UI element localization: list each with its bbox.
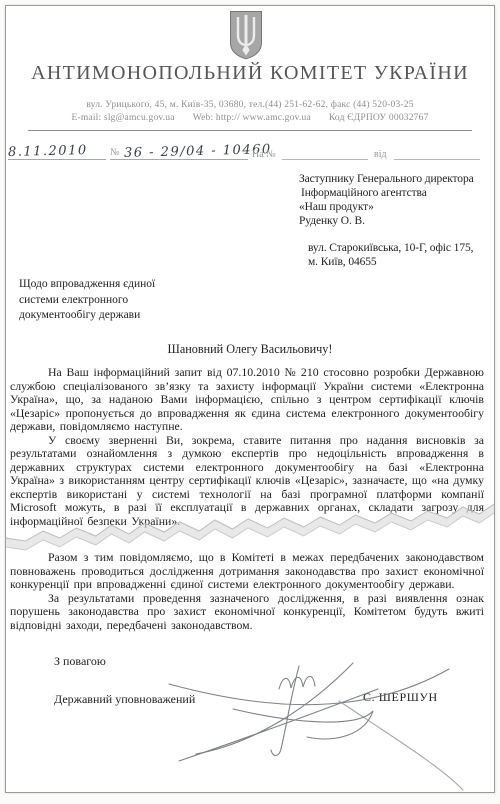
subject-line: системи електронного xyxy=(19,293,155,309)
recipient-line: Заступнику Генерального директора xyxy=(299,172,474,186)
recipient-line: Інформаційного агентства xyxy=(301,186,474,200)
recipient-address: вул. Старокиївська, 10-Г, офіс 175, м. К… xyxy=(308,241,474,269)
number-sign-label: № xyxy=(110,147,120,158)
body-text-upper: На Ваш інформаційний запит від 07.10.201… xyxy=(10,366,484,528)
recipient-address-line: вул. Старокиївська, 10-Г, офіс 175, xyxy=(308,241,474,255)
organization-title: АНТИМОНОПОЛЬНИЙ КОМІТЕТ УКРАЇНИ xyxy=(6,62,494,85)
recipient-block: Заступнику Генерального директора Інформ… xyxy=(299,172,474,269)
letterhead-web: Web: http:// www.amc.gov.ua xyxy=(193,113,311,123)
body-paragraph: На Ваш інформаційний запит від 07.10.201… xyxy=(10,366,484,434)
handwritten-number: 36 - 29/04 - 10460 xyxy=(123,142,271,161)
closing-regards: З повагою xyxy=(54,654,106,669)
ukraine-trident-emblem-icon xyxy=(229,10,263,60)
subject-block: Щодо впровадження єдиної системи електро… xyxy=(19,277,155,324)
reference-line: 8.11.2010 №36 - 29/04 - 10460 На № від xyxy=(6,142,494,162)
incoming-number-blank xyxy=(282,147,368,160)
scanned-letter-screenshot: АНТИМОНОПОЛЬНИЙ КОМІТЕТ УКРАЇНИ вул. Ури… xyxy=(0,0,500,804)
body-paragraph: Разом з тим повідомляємо, що в Комітеті … xyxy=(10,551,484,592)
body-paragraph: У своєму зверненні Ви, зокрема, ставите … xyxy=(10,434,484,529)
subject-line: документообігу держави xyxy=(19,308,155,324)
letterhead-contacts: E-mail: slg@amcu.gov.ua Web: http:// www… xyxy=(6,113,494,123)
letter-page: АНТИМОНОПОЛЬНИЙ КОМІТЕТ УКРАЇНИ вул. Ури… xyxy=(5,5,495,793)
recipient-line: «Наш продукт» xyxy=(299,200,474,214)
letterhead-email: E-mail: slg@amcu.gov.ua xyxy=(71,113,174,123)
outgoing-date-field: 8.11.2010 xyxy=(8,144,106,160)
outgoing-number-field: №36 - 29/04 - 10460 xyxy=(110,144,248,160)
signature-scrawl xyxy=(141,651,491,792)
incoming-date-blank xyxy=(394,147,480,160)
letterhead-divider xyxy=(28,130,472,131)
recipient-line: Руденку О. В. xyxy=(299,214,474,228)
body-paragraph: За результатами проведення зазначеного д… xyxy=(10,592,484,633)
body-text-lower: Разом з тим повідомляємо, що в Комітеті … xyxy=(10,551,484,632)
subject-line: Щодо впровадження єдиної xyxy=(19,277,155,293)
letterhead-edrpou-code: Код ЄДРПОУ 00032767 xyxy=(329,113,429,123)
handwritten-date: 8.11.2010 xyxy=(8,143,88,160)
letterhead-address: вул. Урицького, 45, м. Київ-35, 03680, т… xyxy=(6,100,494,110)
incoming-number-label: На № xyxy=(252,149,276,160)
recipient-address-line: м. Київ, 04655 xyxy=(308,255,474,269)
salutation: Шановний Олегу Васильовичу! xyxy=(6,342,494,357)
incoming-date-label: від xyxy=(374,149,387,160)
